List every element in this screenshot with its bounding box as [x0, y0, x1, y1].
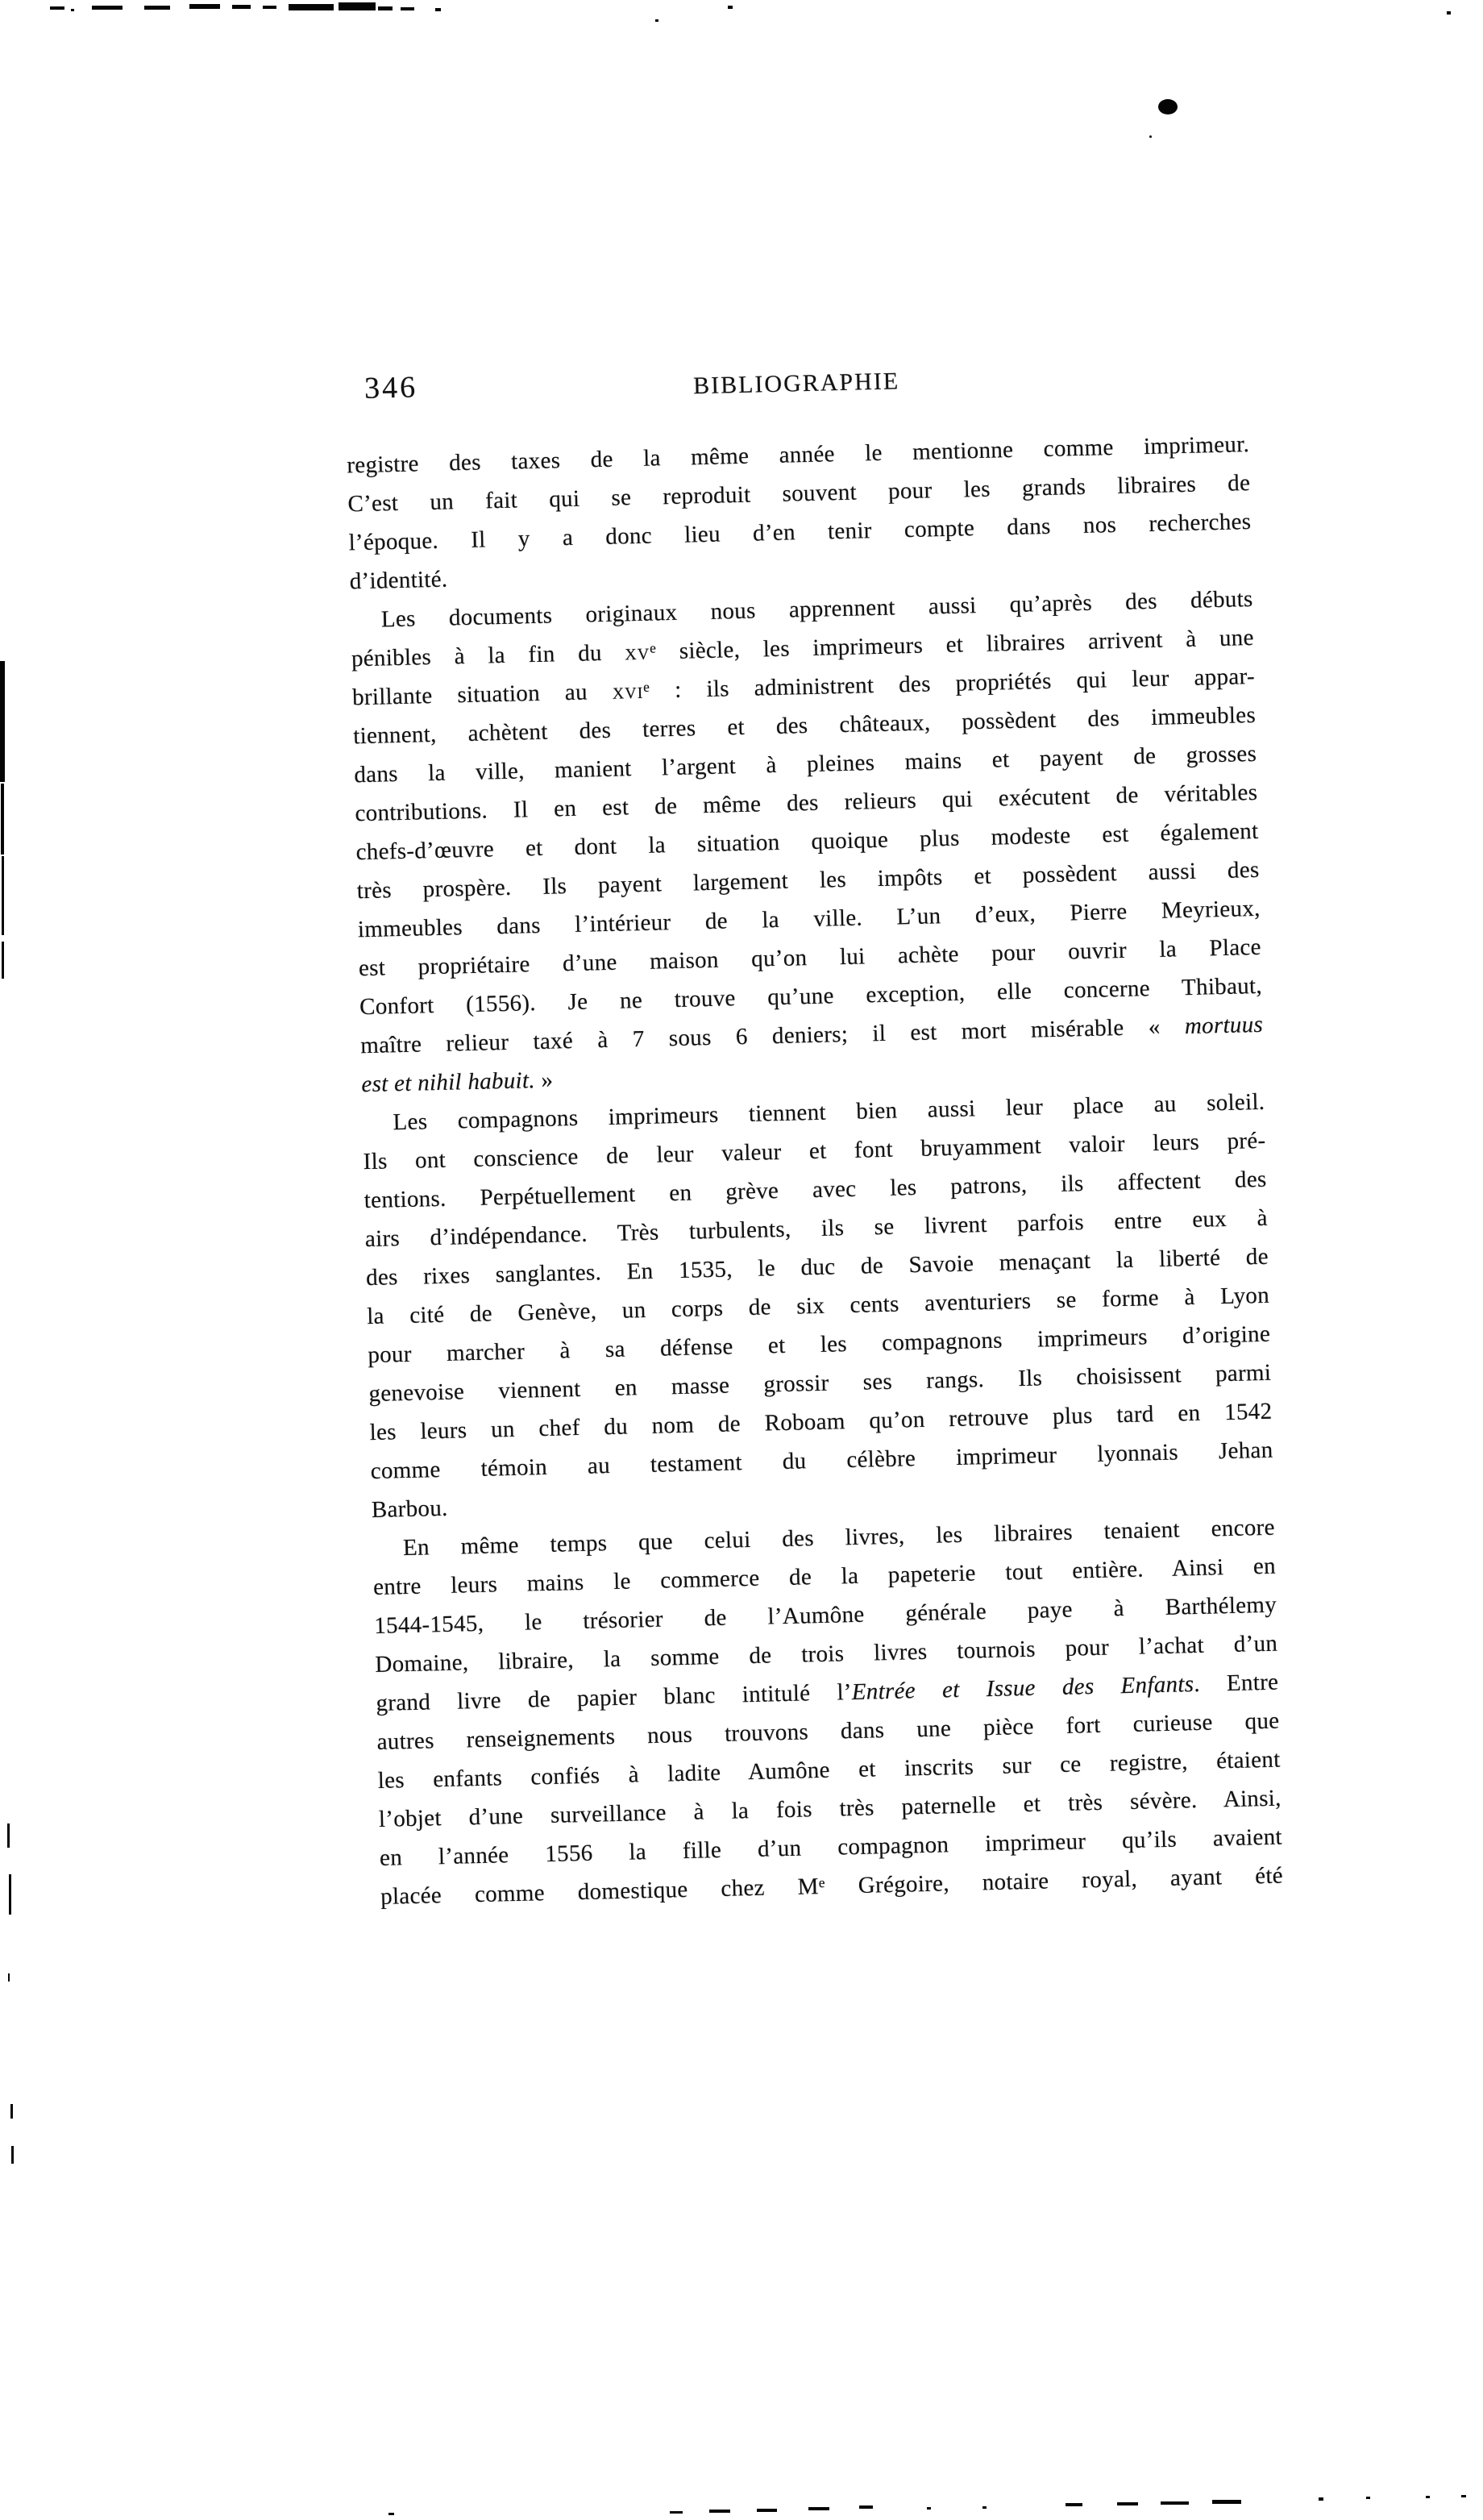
running-title: BIBLIOGRAPHIE — [345, 360, 1248, 408]
scan-mark — [339, 2, 376, 10]
scan-mark — [1161, 2501, 1189, 2505]
scan-mark — [263, 6, 276, 9]
scan-mark — [1212, 2500, 1241, 2504]
scan-mark — [808, 2507, 829, 2510]
scan-mark — [8, 1973, 10, 1981]
scan-mark — [982, 2506, 987, 2509]
scan-mark — [92, 6, 123, 10]
scan-mark — [50, 6, 64, 10]
paragraph: registre des taxes de la même année le m… — [347, 425, 1252, 601]
scan-mark — [189, 4, 220, 9]
body-text: registre des taxes de la même année le m… — [347, 425, 1284, 1916]
scan-mark — [1426, 2496, 1430, 2498]
scan-mark — [9, 1874, 11, 1915]
scan-mark — [757, 2509, 777, 2512]
scan-mark — [1461, 2495, 1466, 2497]
scan-mark — [7, 1823, 10, 1848]
scan-mark — [388, 2513, 394, 2515]
scan-mark — [859, 2505, 873, 2509]
scan-mark — [1366, 2497, 1370, 2499]
scan-mark — [1149, 135, 1152, 138]
scan-mark — [435, 8, 441, 11]
page-content: 346 BIBLIOGRAPHIE registre des taxes de … — [345, 348, 1284, 1916]
scanned-book-page: 346 BIBLIOGRAPHIE registre des taxes de … — [0, 0, 1483, 2520]
scan-mark — [670, 2511, 683, 2514]
scan-mark — [655, 19, 658, 22]
scan-mark — [1, 784, 4, 855]
scan-mark — [289, 4, 334, 10]
scan-mark — [378, 6, 393, 10]
scan-mark — [1158, 99, 1178, 114]
scan-mark — [71, 9, 74, 11]
scan-mark — [1066, 2503, 1082, 2506]
scan-mark — [11, 2146, 14, 2164]
scan-mark — [728, 6, 733, 9]
scan-mark — [10, 2104, 13, 2119]
paragraph: Les compagnons imprimeurs tiennent bien … — [362, 1083, 1274, 1529]
scan-mark — [1447, 11, 1451, 15]
scan-mark — [2, 942, 4, 979]
scan-mark — [232, 5, 251, 9]
scan-mark — [1117, 2502, 1138, 2505]
scan-mark — [1319, 2497, 1323, 2501]
scan-mark — [927, 2507, 931, 2510]
paragraph: En même temps que celui des livres, les … — [372, 1508, 1283, 1916]
scan-mark — [0, 661, 5, 782]
scan-mark — [709, 2510, 730, 2513]
scan-mark — [144, 6, 170, 10]
scan-mark — [2, 856, 4, 935]
scan-mark — [401, 7, 414, 10]
paragraph: Les documents originaux nous apprennent … — [350, 580, 1264, 1104]
